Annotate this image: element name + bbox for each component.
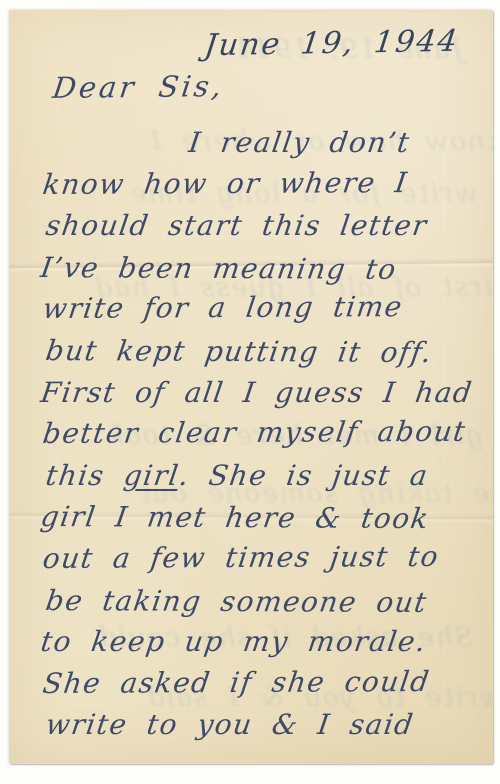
letter-line: this girl. She is just a bbox=[43, 455, 486, 497]
letter-line: I’ve been meaning to bbox=[38, 247, 486, 291]
letter-line: better clear myself about bbox=[40, 411, 486, 455]
letter-body: I really don’t know how or where I shoul… bbox=[41, 122, 483, 746]
letter-line: I really don’t bbox=[38, 122, 486, 164]
letter-line-segment: . She is just a bbox=[177, 459, 431, 492]
letter-line: She asked if she could bbox=[40, 660, 486, 704]
letter-line-segment: this bbox=[44, 459, 127, 492]
letter-date: June 19, 1944 bbox=[203, 24, 461, 63]
letter-line: know how or where I bbox=[40, 161, 486, 205]
letter-line: write for a long time bbox=[40, 286, 486, 330]
letter-line: First of all I guess I had bbox=[38, 372, 486, 414]
underlined-word: girl bbox=[122, 459, 182, 492]
letter-line: write to you & I said bbox=[43, 704, 486, 746]
letter-line: to keep up my morale. bbox=[38, 621, 486, 663]
letter-line: should start this letter bbox=[43, 205, 486, 247]
letter-line: out a few times just to bbox=[40, 536, 486, 580]
letter-line: be taking someone out bbox=[43, 580, 486, 624]
letter-line: but kept putting it off. bbox=[43, 330, 486, 374]
letter-line: girl I met here & took bbox=[38, 496, 486, 540]
letter-salutation: Dear Sis, bbox=[51, 69, 227, 105]
letter-paper: June 19, 1944 know how or where I write … bbox=[9, 10, 493, 764]
